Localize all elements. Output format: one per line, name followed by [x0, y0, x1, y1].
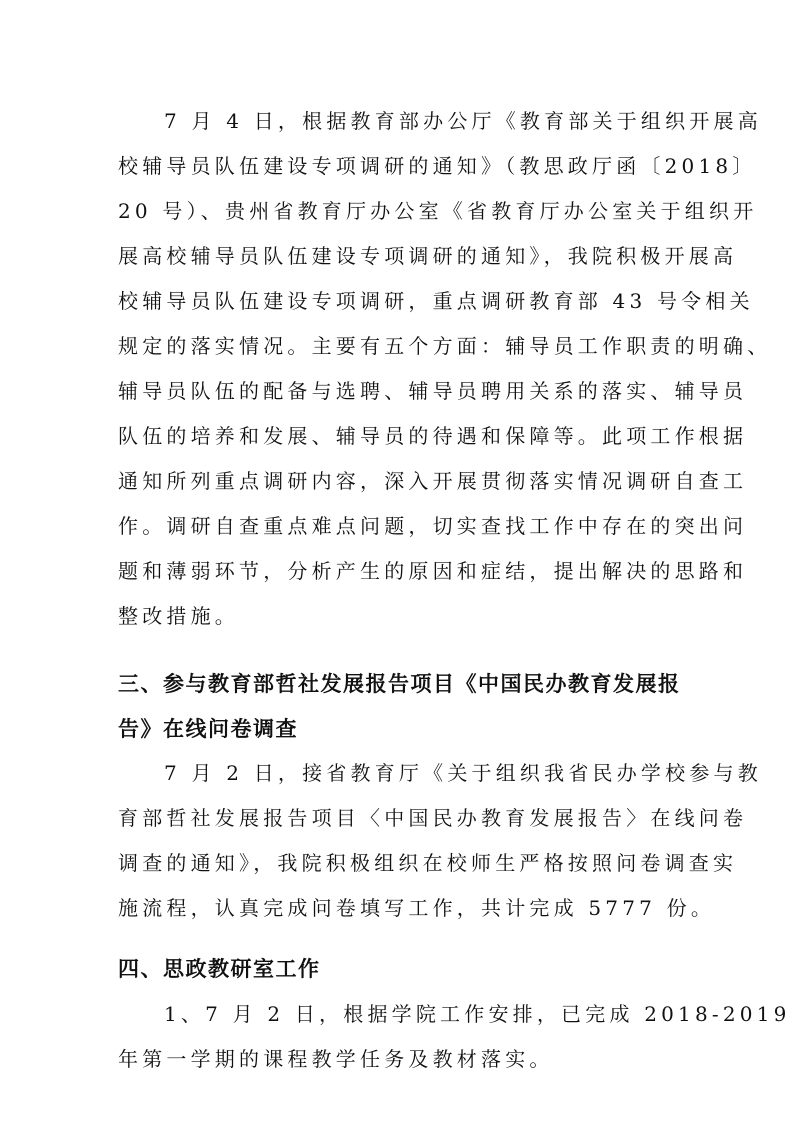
paragraph-line: 7 月 2 日，接省教育厅《关于组织我省民办学校参与教 [118, 751, 729, 796]
paragraph-line: 校辅导员队伍建设专项调研的通知》（教思政厅函〔2018〕 [118, 144, 683, 189]
paragraph-line: 7 月 4 日，根据教育部办公厅《教育部关于组织开展高 [118, 99, 729, 144]
paragraph-line: 施流程，认真完成问卷填写工作，共计完成 5777 份。 [118, 886, 683, 931]
paragraph-line: 作。调研自查重点难点问题，切实查找工作中存在的突出问 [118, 504, 683, 549]
paragraph-line: 整改措施。 [118, 594, 683, 639]
paragraph-line: 1、7 月 2 日，根据学院工作安排，已完成 2018-2019 学 [118, 992, 729, 1037]
paragraph-line: 展高校辅导员队伍建设专项调研的通知》，我院积极开展高 [118, 234, 683, 279]
section-heading: 告》在线问卷调查 [118, 707, 683, 752]
paragraph-line: 年第一学期的课程教学任务及教材落实。 [118, 1037, 683, 1082]
paragraph-line: 20 号）、贵州省教育厅办公室《省教育厅办公室关于组织开 [118, 189, 683, 234]
paragraph-line: 队伍的培养和发展、辅导员的待遇和保障等。此项工作根据 [118, 414, 683, 459]
paragraph-line: 校辅导员队伍建设专项调研，重点调研教育部 43 号令相关 [118, 279, 683, 324]
paragraph-line: 育部哲社发展报告项目〈中国民办教育发展报告〉在线问卷 [118, 796, 683, 841]
paragraph-line: 题和薄弱环节，分析产生的原因和症结，提出解决的思路和 [118, 549, 683, 594]
paragraph-line: 通知所列重点调研内容，深入开展贯彻落实情况调研自查工 [118, 459, 683, 504]
paragraph-line: 辅导员队伍的配备与选聘、辅导员聘用关系的落实、辅导员 [118, 369, 683, 414]
paragraph-line: 规定的落实情况。主要有五个方面：辅导员工作职责的明确、 [118, 324, 683, 369]
section-heading: 三、参与教育部哲社发展报告项目《中国民办教育发展报 [118, 662, 683, 707]
section-heading: 四、思政教研室工作 [118, 947, 683, 992]
paragraph-line: 调查的通知》，我院积极组织在校师生严格按照问卷调查实 [118, 841, 683, 886]
